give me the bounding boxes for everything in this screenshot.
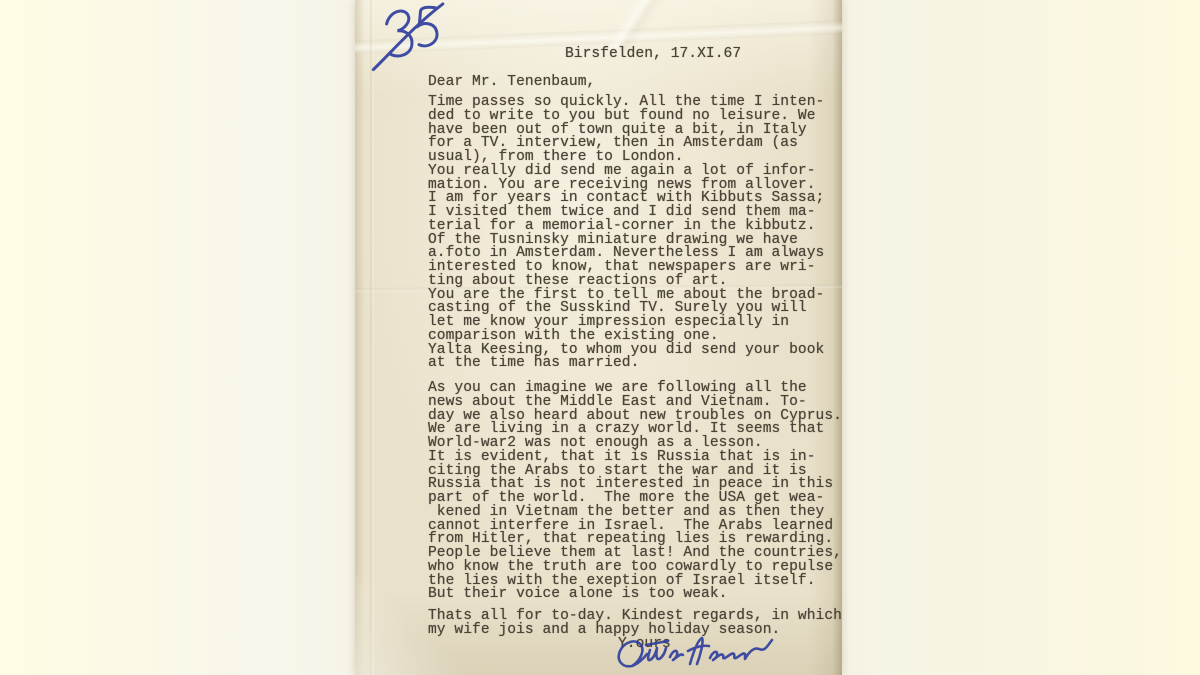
letter-line: at the time has married. — [428, 357, 842, 371]
letter-body: Time passes so quickly. All the time I i… — [428, 96, 842, 638]
paragraph: As you can imagine we are following all … — [428, 382, 842, 602]
signature-otto-frank — [610, 630, 775, 675]
scan-backdrop: Birsfelden, 17.XI.67 Dear Mr. Tenenbaum,… — [0, 0, 1200, 675]
paragraph: Time passes so quickly. All the time I i… — [428, 96, 842, 371]
letter-page: Birsfelden, 17.XI.67 Dear Mr. Tenenbaum,… — [355, 0, 842, 675]
letter-line: But their voice alone is too weak. — [428, 588, 842, 602]
date-line: Birsfelden, 17.XI.67 — [565, 46, 741, 62]
salutation: Dear Mr. Tenenbaum, — [428, 74, 595, 90]
paper-crease-vertical — [370, 0, 374, 675]
handwritten-page-number-35 — [354, 0, 457, 77]
